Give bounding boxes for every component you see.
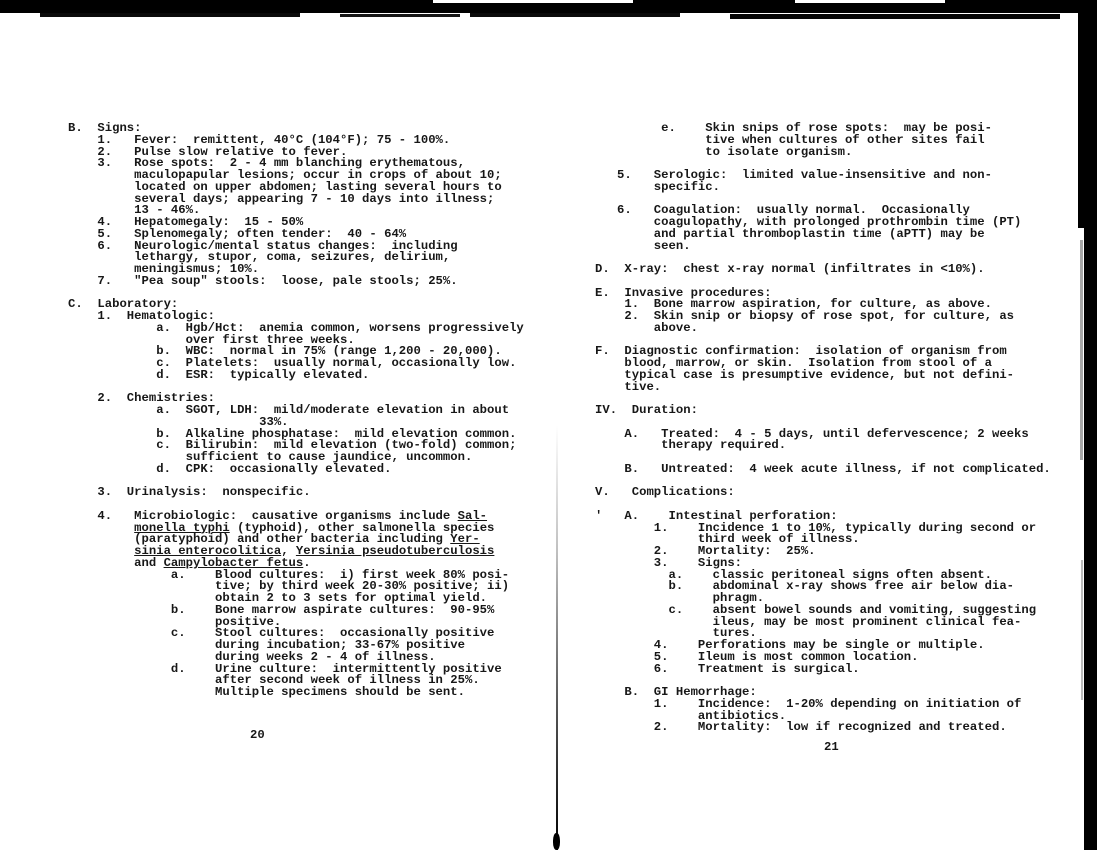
- scan-right-edge-smudge: [1081, 560, 1083, 700]
- scan-top-edge-notch: [795, 0, 945, 3]
- left-page-number: 20: [250, 730, 265, 742]
- page-binding-line: [556, 425, 558, 850]
- scan-top-edge-smudge: [40, 13, 300, 17]
- right-page-number: 21: [824, 742, 839, 754]
- scan-top-edge-notch: [433, 0, 633, 3]
- page-binding-shadow: [553, 833, 560, 850]
- scan-right-edge-artifact: [1084, 0, 1097, 850]
- scan-top-edge-smudge: [470, 13, 680, 17]
- right-page-text: e. Skin snips of rose spots: may be posi…: [595, 123, 1051, 734]
- left-page-text: B. Signs: 1. Fever: remittent, 40°C (104…: [68, 123, 524, 699]
- scan-top-edge-smudge: [730, 14, 1060, 19]
- scan-top-edge-smudge: [340, 14, 460, 17]
- scan-right-edge-smudge: [1080, 240, 1083, 460]
